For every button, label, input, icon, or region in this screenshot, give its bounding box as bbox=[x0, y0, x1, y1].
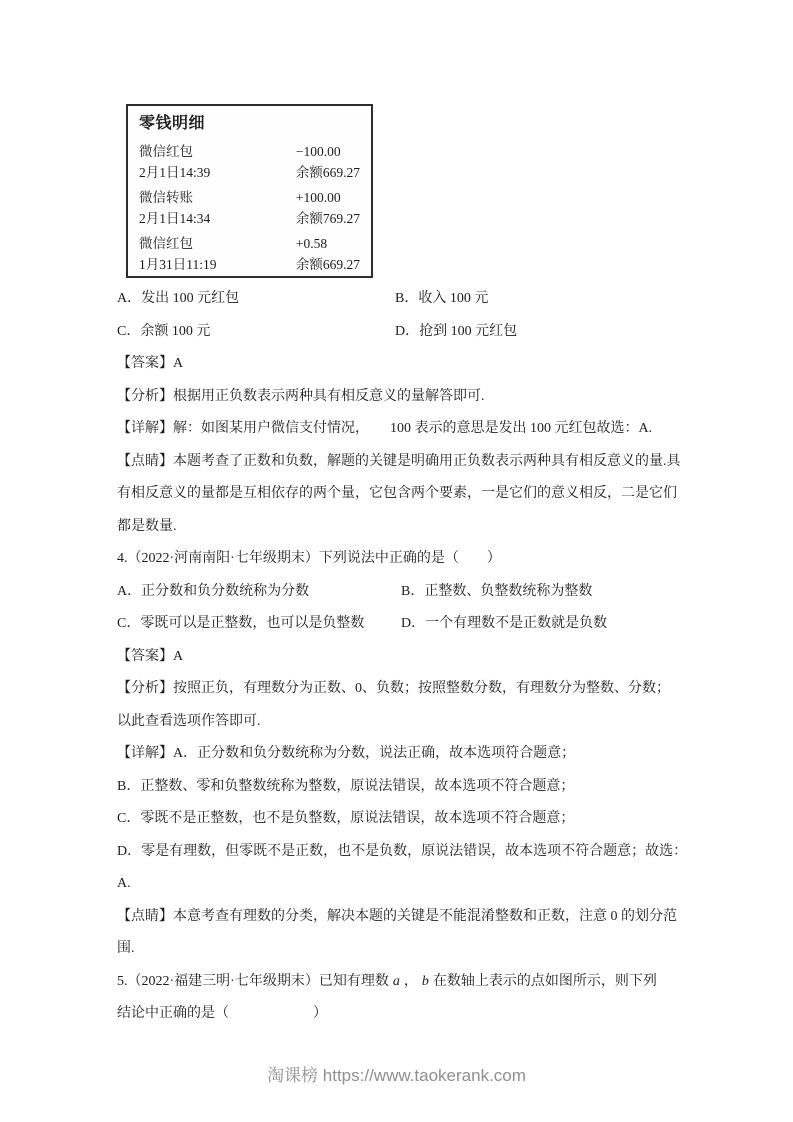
q4-note-line-1: 【点睛】本意考查有理数的分类，解决本题的关键是不能混淆整数和正数，注意 0 的划… bbox=[117, 901, 683, 934]
q3-answer: 【答案】A bbox=[117, 348, 683, 381]
wallet-entry: 微信红包 2月1日14:39 −100.00 余额669.27 bbox=[139, 141, 360, 183]
q5-stem-line-2: 结论中正确的是（ ） bbox=[117, 998, 683, 1031]
wallet-entry-balance: 余额669.27 bbox=[296, 254, 360, 275]
q4-analysis-line-1: 【分析】按照正负，有理数分为正数、0、负数；按照整数分数，有理数分为整数、分数； bbox=[117, 673, 683, 706]
q5-stem-text: 5.（2022·福建三明·七年级期末）已知有理数 bbox=[117, 974, 389, 989]
wallet-entry: 微信转账 2月1日14:34 +100.00 余额769.27 bbox=[139, 187, 360, 229]
q3-options-row-1: A．发出 100 元红包B．收入 100 元 bbox=[117, 283, 683, 316]
q4-option-b: B．正整数、负整数统称为整数 bbox=[401, 584, 592, 599]
wallet-entry-balance: 余额769.27 bbox=[296, 208, 360, 229]
q4-option-c: C．零既可以是正整数，也可以是负整数 bbox=[117, 608, 401, 641]
site-watermark-text: 淘课榜 https://www.taokerank.com bbox=[267, 1066, 526, 1085]
wallet-entry-datetime: 2月1日14:34 bbox=[139, 208, 296, 229]
q4-detail-a: 【详解】A．正分数和负分数统称为分数，说法正确，故本选项符合题意； bbox=[117, 738, 683, 771]
q5-var-b: b bbox=[422, 974, 429, 989]
wallet-entry-datetime: 2月1日14:39 bbox=[139, 162, 296, 183]
wallet-entry-balance: 余额669.27 bbox=[296, 162, 360, 183]
wallet-entry: 微信红包 1月31日11:19 +0.58 余额669.27 bbox=[139, 233, 360, 275]
q3-note-line-3: 都是数量. bbox=[117, 511, 683, 544]
q4-options-row-1: A．正分数和负分数统称为分数B．正整数、负整数统称为整数 bbox=[117, 576, 683, 609]
q3-detail: 【详解】解：如图某用户微信支付情况， 100 表示的意思是发出 100 元红包故… bbox=[117, 413, 683, 446]
q4-analysis-line-2: 以此查看选项作答即可. bbox=[117, 706, 683, 739]
wallet-entry-amount: +0.58 bbox=[296, 233, 360, 254]
wallet-entry-name: 微信红包 bbox=[139, 141, 296, 162]
q3-analysis: 【分析】根据用正负数表示两种具有相反意义的量解答即可. bbox=[117, 381, 683, 414]
q4-stem: 4.（2022·河南南阳·七年级期末）下列说法中正确的是（ ） bbox=[117, 543, 683, 576]
q3-option-b: B．收入 100 元 bbox=[395, 291, 488, 306]
worksheet-body: A．发出 100 元红包B．收入 100 元 C．余额 100 元D．抢到 10… bbox=[117, 283, 683, 1031]
q5-stem-text-cont: 在数轴上表示的点如图所示，则下列 bbox=[433, 974, 657, 989]
q3-note-line-1: 【点睛】本题考查了正数和负数，解题的关键是明确用正负数表示两种具有相反意义的量.… bbox=[117, 446, 683, 479]
wechat-balance-detail-box: 零钱明细 微信红包 2月1日14:39 −100.00 余额669.27 微信转… bbox=[126, 104, 373, 278]
wallet-entry-amount: +100.00 bbox=[296, 187, 360, 208]
q5-stem-line-1: 5.（2022·福建三明·七年级期末）已知有理数a，b在数轴上表示的点如图所示，… bbox=[117, 966, 683, 999]
q4-detail-b: B．正整数、零和负整数统称为整数，原说法错误，故本选项不符合题意； bbox=[117, 771, 683, 804]
wallet-entry-name: 微信红包 bbox=[139, 233, 296, 254]
q4-options-row-2: C．零既可以是正整数，也可以是负整数D．一个有理数不是正数就是负数 bbox=[117, 608, 683, 641]
wallet-entry-datetime: 1月31日11:19 bbox=[139, 254, 296, 275]
q3-option-a: A．发出 100 元红包 bbox=[117, 283, 395, 316]
q4-detail-d-cont: A. bbox=[117, 868, 683, 901]
q3-option-d: D．抢到 100 元红包 bbox=[395, 324, 517, 339]
site-watermark: 淘课榜 https://www.taokerank.com bbox=[0, 1063, 793, 1089]
wallet-box-title: 零钱明细 bbox=[139, 113, 360, 135]
q4-detail-c: C．零既不是正整数，也不是负整数，原说法错误，故本选项不符合题意； bbox=[117, 803, 683, 836]
wallet-entry-amount: −100.00 bbox=[296, 141, 360, 162]
q4-option-d: D．一个有理数不是正数就是负数 bbox=[401, 616, 607, 631]
q4-answer: 【答案】A bbox=[117, 641, 683, 674]
q3-options-row-2: C．余额 100 元D．抢到 100 元红包 bbox=[117, 316, 683, 349]
wallet-entry-name: 微信转账 bbox=[139, 187, 296, 208]
q4-option-a: A．正分数和负分数统称为分数 bbox=[117, 576, 401, 609]
q4-note-line-2: 围. bbox=[117, 933, 683, 966]
q4-detail-d: D．零是有理数，但零既不是正数，也不是负数，原说法错误，故本选项不符合题意；故选… bbox=[117, 836, 683, 869]
q3-option-c: C．余额 100 元 bbox=[117, 316, 395, 349]
q5-stem-separator: ， bbox=[404, 974, 418, 989]
q5-var-a: a bbox=[393, 974, 400, 989]
q3-note-line-2: 有相反意义的量都是互相依存的两个量，它包含两个要素，一是它们的意义相反，二是它们 bbox=[117, 478, 683, 511]
